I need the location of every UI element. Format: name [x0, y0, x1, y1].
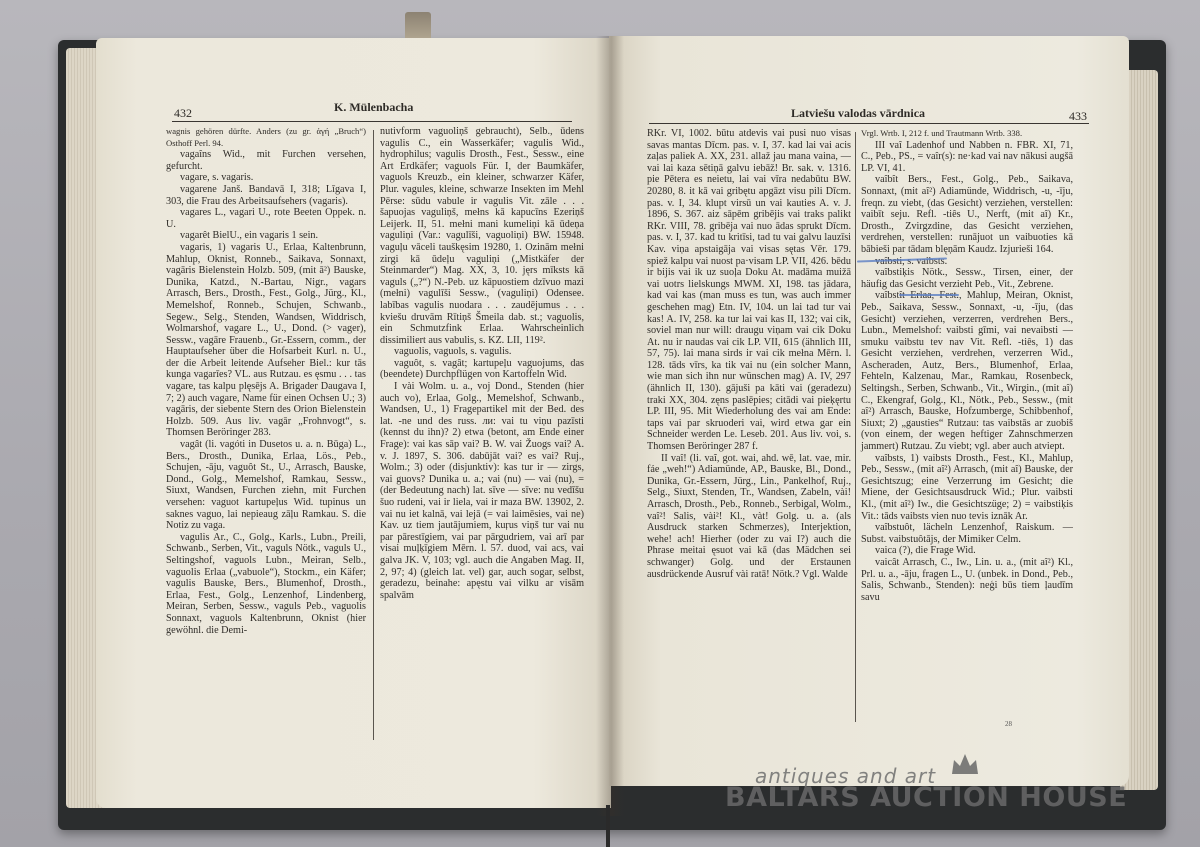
column-divider [855, 132, 856, 722]
entry: vagaîns Wid., mit Furchen versehen, gefu… [166, 149, 366, 172]
watermark-brand: BALTARS AUCTION HOUSE [725, 782, 1127, 813]
right-page: Latviešu valodas vārdnica 433 RKr. VI, 1… [609, 36, 1129, 786]
entry: nutivform vaguoliņš gebraucht), Selb., ū… [380, 126, 584, 346]
entry: vaicât Arrasch, C., Iw., Lin. u. a., (mi… [861, 557, 1073, 603]
entry: vaîbstuôt, lächeln Lenzenhof, Raiskum. —… [861, 522, 1073, 545]
header-rule-right [649, 123, 1089, 124]
running-head-left: K. Mülenbacha [334, 100, 413, 115]
dictionary-column-2: nutivform vaguoliņš gebraucht), Selb., ū… [380, 126, 584, 746]
entry: vagarêt BielU., ein vagaris 1 sein. [166, 230, 366, 242]
entry: III vaî Ladenhof und Nabben n. FBR. XI, … [861, 140, 1073, 175]
left-page: 432 K. Mülenbacha wagnis gehören dürfte.… [96, 38, 611, 808]
entry: vagare, s. vagaris. [166, 172, 366, 184]
page-number-left: 432 [174, 106, 192, 121]
running-head-right: Latviešu valodas vārdnica [791, 106, 925, 121]
entry: vaguôt, s. vagât; kartupeļu vaguojums, d… [380, 358, 584, 381]
entry: II vaî! (li. vaĩ, got. wai, ahd. wē, lat… [647, 453, 851, 581]
entry: vagares L., vagari U., rote Beeten Oppek… [166, 207, 366, 230]
entry: RKr. VI, 1002. būtu atdevis vai pusi nuo… [647, 128, 851, 453]
header-rule-left [172, 121, 572, 122]
pen-underline-annotation [899, 294, 959, 296]
entry: wagnis gehören dürfte. Anders (zu gr. ἀγ… [166, 126, 366, 149]
entry: I vài Wolm. u. a., voj Dond., Stenden (h… [380, 381, 584, 601]
dictionary-column-4: Vrgl. Wrtb. I, 212 f. und Trautmann Wrtb… [861, 128, 1073, 728]
entry: vagât (li. vagóti in Dusetos u. a. n. Bū… [166, 439, 366, 532]
entry: vaîbstît Erlaa, Fest., Mahlup, Meiran, O… [861, 290, 1073, 452]
entry: vaîbît Bers., Fest., Golg., Peb., Saikav… [861, 174, 1073, 255]
page-number-right: 433 [1069, 109, 1087, 124]
signature-mark: 28 [1005, 720, 1012, 728]
entry: vaîbstiķis Nötk., Sessw., Tirsen, einer,… [861, 267, 1073, 290]
dictionary-column-3: RKr. VI, 1002. būtu atdevis vai pusi nuo… [647, 128, 851, 728]
entry: vagarene Janš. Bandavā I, 318; Līgava I,… [166, 184, 366, 207]
column-divider [373, 130, 374, 740]
entry: vaguolis, vaguols, s. vagulis. [380, 346, 584, 358]
entry: vaîbsti, s. vaibsts. [861, 256, 1073, 268]
dictionary-column-1: wagnis gehören dürfte. Anders (zu gr. ἀγ… [166, 126, 366, 746]
crown-icon [950, 752, 980, 776]
entry: vagulis Ar., C., Golg., Karls., Lubn., P… [166, 532, 366, 636]
entry: vaîbsts, 1) vaibsts Drosth., Fest., Kl.,… [861, 453, 1073, 523]
entry: Vrgl. Wrtb. I, 212 f. und Trautmann Wrtb… [861, 128, 1073, 140]
entry: vaica (?), die Frage Wid. [861, 545, 1073, 557]
book-gutter [596, 36, 624, 816]
bookmark-ribbon [606, 805, 610, 847]
entry: vagaris, 1) vagaris U., Erlaa, Kaltenbru… [166, 242, 366, 439]
